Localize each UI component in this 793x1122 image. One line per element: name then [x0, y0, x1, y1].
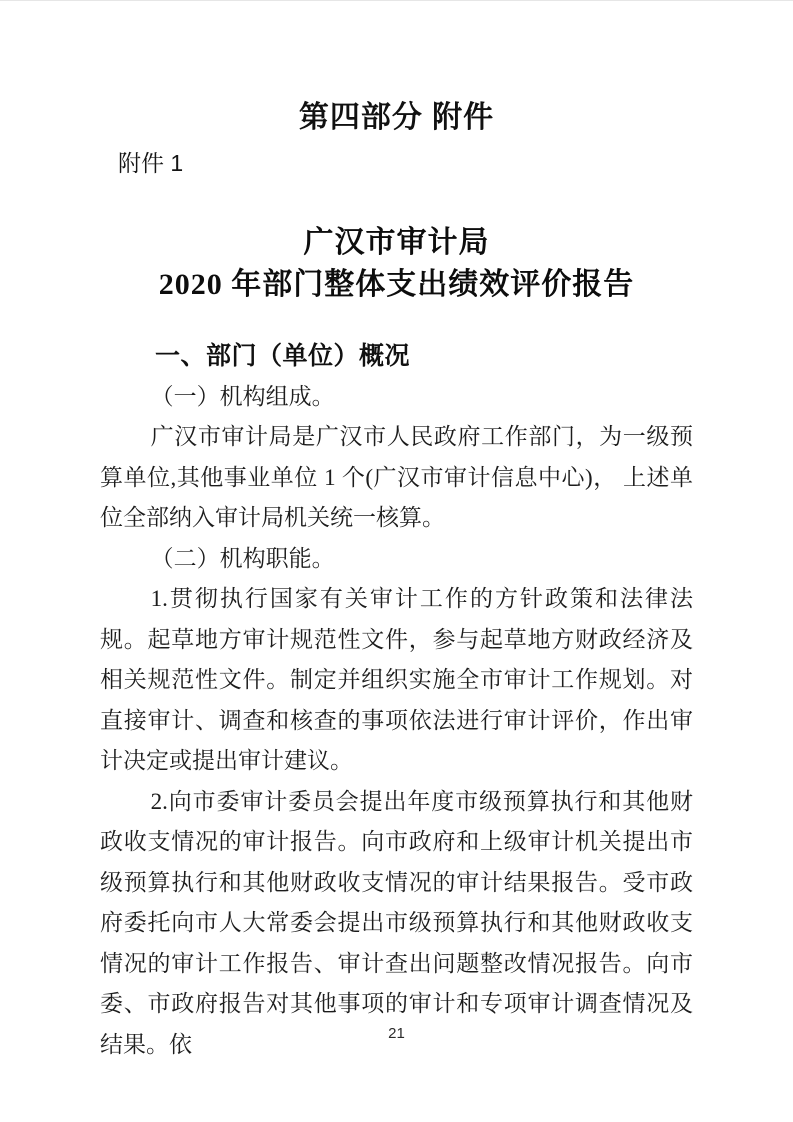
paragraph-org-composition: 广汉市审计局是广汉市人民政府工作部门，为一级预算单位,其他事业单位 1 个(广汉… [100, 417, 693, 539]
report-title: 广汉市审计局 2020 年部门整体支出绩效评价报告 [0, 222, 793, 306]
report-title-line2: 2020 年部门整体支出绩效评价报告 [0, 264, 793, 306]
document-body: 一、部门（单位）概况 （一）机构组成。 广汉市审计局是广汉市人民政府工作部门，为… [100, 336, 693, 1065]
subsection-1-1-heading: （一）机构组成。 [100, 377, 693, 418]
paragraph-duty-2: 2.向市委审计委员会提出年度市级预算执行和其他财政收支情况的审计报告。向市政府和… [100, 782, 693, 1066]
section-1-heading: 一、部门（单位）概况 [100, 336, 693, 377]
document-page: 第四部分 附件 附件 1 广汉市审计局 2020 年部门整体支出绩效评价报告 一… [0, 0, 793, 1122]
paragraph-duty-1: 1.贯彻执行国家有关审计工作的方针政策和法律法规。起草地方审计规范性文件，参与起… [100, 579, 693, 782]
page-number: 21 [0, 1025, 793, 1042]
attachment-label: 附件 1 [118, 148, 793, 178]
report-title-line1: 广汉市审计局 [0, 222, 793, 264]
part-heading: 第四部分 附件 [0, 96, 793, 140]
subsection-1-2-heading: （二）机构职能。 [100, 539, 693, 580]
